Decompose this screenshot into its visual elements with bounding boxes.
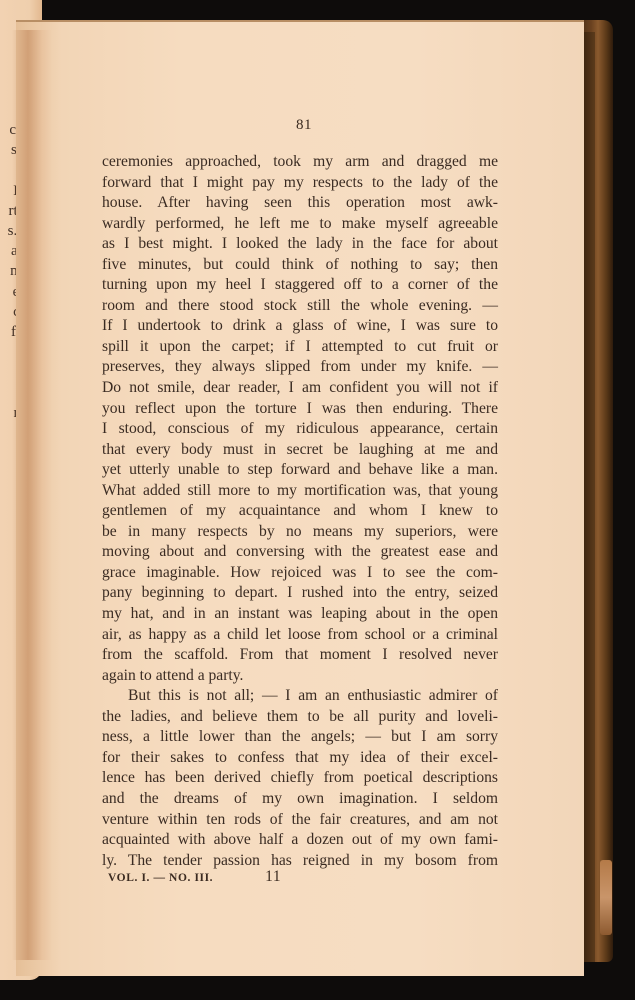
text-line: ness, a little lower than the angels; — …	[102, 727, 498, 748]
text-line: the ladies, and believe them to be all p…	[102, 707, 498, 728]
text-line: acquainted with above half a dozen out o…	[102, 830, 498, 851]
text-line: forward that I might pay my respects to …	[102, 173, 498, 194]
text-line: and the dreams of my own imagination. I …	[102, 789, 498, 810]
text-line: lence has been derived chiefly from poet…	[102, 768, 498, 789]
signature-number: 11	[265, 868, 281, 886]
text-line: wardly performed, he left me to make mys…	[102, 214, 498, 235]
text-line: as I best might. I looked the lady in th…	[102, 234, 498, 255]
text-line: gentlemen of my acquaintance and whom I …	[102, 501, 498, 522]
text-line: grace imaginable. How rejoiced was I to …	[102, 563, 498, 584]
paragraph-end-line: again to attend a party.	[102, 666, 498, 687]
text-line: moving about and conversing with the gre…	[102, 542, 498, 563]
text-line: my hat, and in an instant was leaping ab…	[102, 604, 498, 625]
book-cover-wear	[600, 860, 612, 935]
text-line: from the scaffold. From that moment I re…	[102, 645, 498, 666]
text-line: room and there stood stock still the who…	[102, 296, 498, 317]
text-line: Do not smile, dear reader, I am confiden…	[102, 378, 498, 399]
text-line: for their sakes to confess that my idea …	[102, 748, 498, 769]
text-line: What added still more to my mortificatio…	[102, 481, 498, 502]
page-number: 81	[296, 117, 312, 134]
text-line: ceremonies approached, took my arm and d…	[102, 152, 498, 173]
page-footer: VOL. I. — NO. III. 11	[108, 868, 281, 886]
text-line: preserves, they always slipped from unde…	[102, 357, 498, 378]
text-line: house. After having seen this operation …	[102, 193, 498, 214]
text-line: yet utterly unable to step forward and b…	[102, 460, 498, 481]
paragraph-start-line: But this is not all; — I am an enthusias…	[102, 686, 498, 707]
text-line: I stood, conscious of my ridiculous appe…	[102, 419, 498, 440]
text-line: venture within ten rods of the fair crea…	[102, 810, 498, 831]
page-body-text: ceremonies approached, took my arm and d…	[102, 152, 498, 871]
text-line: air, as happy as a child let loose from …	[102, 625, 498, 646]
text-line: pany beginning to depart. I rushed into …	[102, 583, 498, 604]
text-line: you reflect upon the torture I was then …	[102, 399, 498, 420]
text-line: If I undertook to drink a glass of wine,…	[102, 316, 498, 337]
book-cover-inner-edge	[583, 32, 595, 962]
text-line: that every body must in secret be laughi…	[102, 440, 498, 461]
text-line: five minutes, but could think of nothing…	[102, 255, 498, 276]
text-line: spill it upon the carpet; if I attempted…	[102, 337, 498, 358]
signature-mark: VOL. I. — NO. III.	[108, 872, 213, 884]
text-line: be in many respects by no means my super…	[102, 522, 498, 543]
text-line: turning upon my heel I staggered off to …	[102, 275, 498, 296]
